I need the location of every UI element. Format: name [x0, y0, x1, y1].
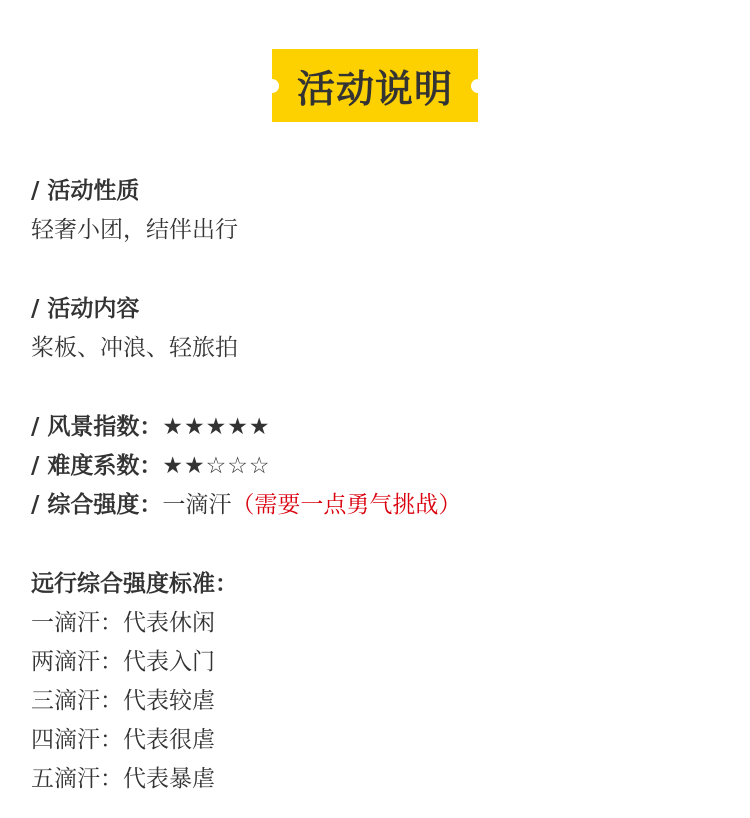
spacer — [31, 368, 721, 408]
rating-scenery-label: / 风景指数： — [31, 414, 162, 440]
list-item: 四滴汗：代表很虐 — [31, 721, 721, 760]
content-text: 桨板、冲浪、轻旅拍 — [31, 329, 721, 368]
section-heading-standard: 远行综合强度标准： — [31, 565, 721, 604]
nature-text: 轻奢小团，结伴出行 — [31, 211, 721, 250]
title-banner: 活动说明 — [272, 49, 478, 122]
spacer — [31, 250, 721, 290]
star-rating-icon: ★★☆☆☆ — [162, 453, 270, 479]
star-rating-icon: ★★★★★ — [162, 414, 270, 440]
page-title: 活动说明 — [297, 58, 453, 113]
rating-difficulty-label: / 难度系数： — [31, 453, 162, 479]
rating-scenery: / 风景指数：★★★★★ — [31, 408, 721, 447]
activity-description: / 活动性质 轻奢小团，结伴出行 / 活动内容 桨板、冲浪、轻旅拍 / 风景指数… — [31, 172, 721, 799]
rating-intensity-label: / 综合强度： — [31, 492, 162, 518]
list-item: 一滴汗：代表休闲 — [31, 604, 721, 643]
spacer — [31, 525, 721, 565]
intensity-note: （需要一点勇气挑战） — [231, 492, 461, 518]
rating-intensity: / 综合强度：一滴汗（需要一点勇气挑战） — [31, 486, 721, 525]
section-heading-content: / 活动内容 — [31, 290, 721, 329]
intensity-value: 一滴汗 — [162, 492, 231, 518]
list-item: 三滴汗：代表较虐 — [31, 682, 721, 721]
list-item: 两滴汗：代表入门 — [31, 643, 721, 682]
section-heading-nature: / 活动性质 — [31, 172, 721, 211]
list-item: 五滴汗：代表暴虐 — [31, 760, 721, 799]
rating-difficulty: / 难度系数：★★☆☆☆ — [31, 447, 721, 486]
